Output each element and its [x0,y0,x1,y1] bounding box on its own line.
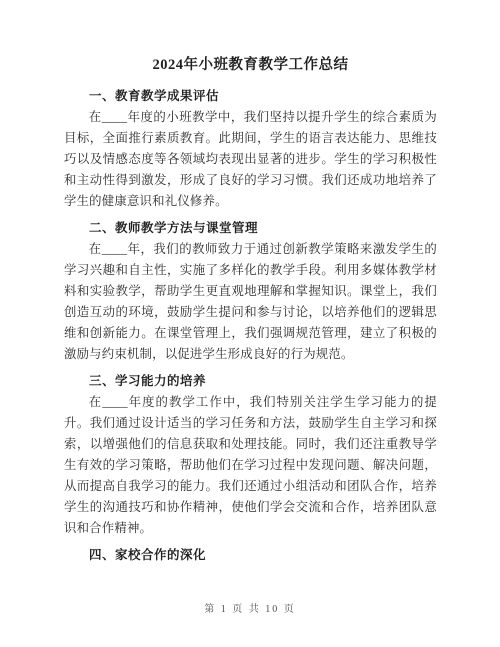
section-body-teaching-methods: 在____年，我们的教师致力于通过创新教学策略来激发学生的学习兴趣和自主性，实施… [64,239,437,365]
section-heading-achievements: 一、教育教学成果评估 [64,86,437,107]
document-page: 2024年小班教育教学工作总结 一、教育教学成果评估 在____年度的小班教学中… [0,0,500,647]
document-title: 2024年小班教育教学工作总结 [64,52,437,78]
section-heading-teaching-methods: 二、教师教学方法与课堂管理 [64,218,437,239]
section-teaching-methods: 二、教师教学方法与课堂管理 在____年，我们的教师致力于通过创新教学策略来激发… [64,218,437,365]
section-heading-learning-ability: 三、学习能力的培养 [64,371,437,392]
section-achievements: 一、教育教学成果评估 在____年度的小班教学中，我们坚持以提升学生的综合素质为… [64,86,437,212]
section-body-learning-ability: 在____年度的教学工作中，我们特别关注学生学习能力的提升。我们通过设计适当的学… [64,392,437,539]
section-heading-home-school: 四、家校合作的深化 [64,545,437,566]
page-number-footer: 第 1 页 共 10 页 [0,602,500,618]
section-learning-ability: 三、学习能力的培养 在____年度的教学工作中，我们特别关注学生学习能力的提升。… [64,371,437,539]
section-home-school: 四、家校合作的深化 [64,545,437,566]
document-content: 2024年小班教育教学工作总结 一、教育教学成果评估 在____年度的小班教学中… [64,52,437,566]
section-body-achievements: 在____年度的小班教学中，我们坚持以提升学生的综合素质为目标，全面推行素质教育… [64,107,437,212]
